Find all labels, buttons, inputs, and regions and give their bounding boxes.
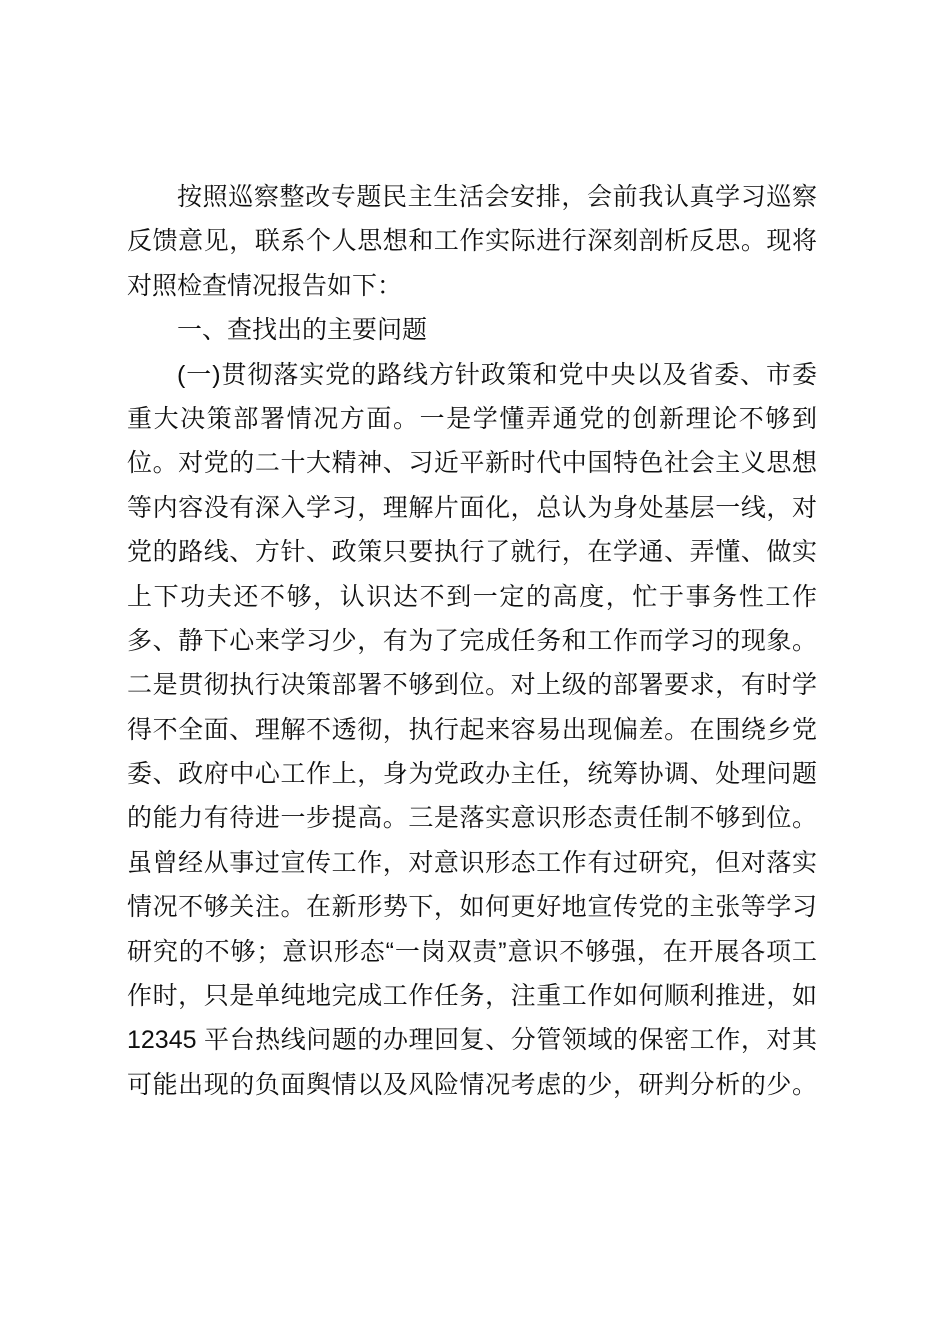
text-line: 二是贯彻执行决策部署不够到位。对上级的部署要求，有时学: [127, 663, 817, 707]
section-heading: 一、查找出的主要问题: [127, 308, 817, 352]
text-line: 反馈意见，联系个人思想和工作实际进行深刻剖析反思。现将: [127, 219, 817, 263]
text-line: (一)贯彻落实党的路线方针政策和党中央以及省委、市委: [127, 353, 817, 397]
text-line: 作时，只是单纯地完成工作任务，注重工作如何顺利推进，如: [127, 974, 817, 1018]
text-line: 委、政府中心工作上，身为党政办主任，统筹协调、处理问题: [127, 752, 817, 796]
document-body: 按照巡察整改专题民主生活会安排，会前我认真学习巡察 反馈意见，联系个人思想和工作…: [127, 175, 817, 1107]
text-line: 虽曾经从事过宣传工作，对意识形态工作有过研究，但对落实: [127, 841, 817, 885]
text-line: 位。对党的二十大精神、习近平新时代中国特色社会主义思想: [127, 441, 817, 485]
text-line: 重大决策部署情况方面。一是学懂弄通党的创新理论不够到: [127, 397, 817, 441]
text-line: 12345 平台热线问题的办理回复、分管领域的保密工作，对其: [127, 1018, 817, 1062]
text-line: 对照检查情况报告如下：: [127, 264, 817, 308]
text-line: 可能出现的负面舆情以及风险情况考虑的少，研判分析的少。: [127, 1063, 817, 1107]
text-line: 研究的不够；意识形态“一岗双责”意识不够强，在开展各项工: [127, 930, 817, 974]
text-line: 党的路线、方针、政策只要执行了就行，在学通、弄懂、做实: [127, 530, 817, 574]
text-line: 等内容没有深入学习，理解片面化，总认为身处基层一线，对: [127, 486, 817, 530]
text-line: 的能力有待进一步提高。三是落实意识形态责任制不够到位。: [127, 796, 817, 840]
text-line: 情况不够关注。在新形势下，如何更好地宣传党的主张等学习: [127, 885, 817, 929]
text-line: 得不全面、理解不透彻，执行起来容易出现偏差。在围绕乡党: [127, 708, 817, 752]
text-line: 多、静下心来学习少，有为了完成任务和工作而学习的现象。: [127, 619, 817, 663]
document-page: 按照巡察整改专题民主生活会安排，会前我认真学习巡察 反馈意见，联系个人思想和工作…: [0, 0, 950, 1344]
text-line: 按照巡察整改专题民主生活会安排，会前我认真学习巡察: [127, 175, 817, 219]
text-line: 上下功夫还不够，认识达不到一定的高度，忙于事务性工作: [127, 575, 817, 619]
